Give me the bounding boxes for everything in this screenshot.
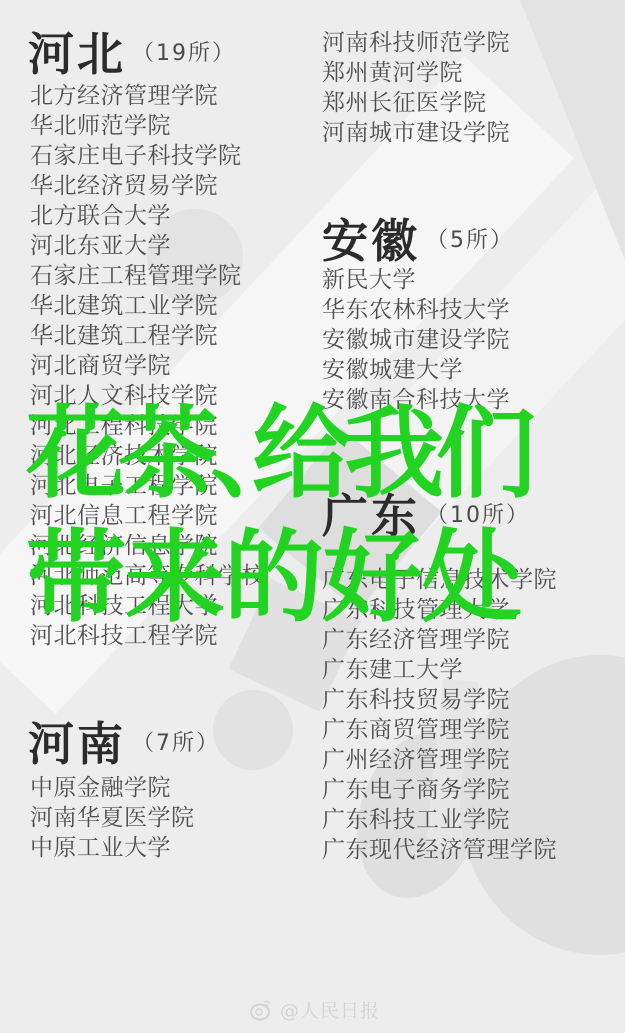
section-name: 安徽	[322, 205, 420, 271]
university-item: 安徽城建大学	[322, 355, 510, 385]
section-header-hebei: 河北 （19所）	[28, 18, 236, 84]
credit-watermark: @人民日报	[248, 996, 380, 1023]
university-item: 华北建筑工程学院	[30, 321, 265, 351]
section-name: 河北	[28, 18, 126, 84]
watermark-text: 给我们	[252, 395, 528, 512]
university-list-henan-col2: 河南科技师范学院郑州黄河学院郑州长征医学院河南城市建设学院	[322, 28, 510, 148]
section-count: （19所）	[132, 36, 236, 67]
university-item: 河北商贸学院	[30, 351, 265, 381]
green-watermark-line1: 花茶、给我们	[26, 404, 528, 504]
university-item: 华北师范学院	[30, 111, 265, 141]
weibo-handle: @人民日报	[280, 996, 380, 1023]
section-header-anhui: 安徽 （5所）	[322, 205, 514, 271]
university-item: 中原工业大学	[30, 833, 195, 863]
infographic-page: 河北 （19所） 北方经济管理学院华北师范学院石家庄电子科技学院华北经济贸易学院…	[0, 0, 625, 1033]
university-item: 郑州长征医学院	[322, 88, 510, 118]
university-item: 河北东亚大学	[30, 231, 265, 261]
university-item: 广东科技贸易学院	[322, 685, 557, 715]
university-item: 广东科技工业学院	[322, 805, 557, 835]
university-item: 石家庄电子科技学院	[30, 141, 265, 171]
section-name: 河南	[28, 708, 126, 774]
university-list-henan-col1: 中原金融学院河南华夏医学院中原工业大学	[30, 773, 195, 863]
watermark-text: 花茶	[26, 395, 210, 512]
university-item: 华北建筑工业学院	[30, 291, 265, 321]
university-item: 华东农林科技大学	[322, 295, 510, 325]
university-item: 华北经济贸易学院	[30, 171, 265, 201]
university-item: 广东电子商务学院	[322, 775, 557, 805]
university-item: 广东商贸管理学院	[322, 715, 557, 745]
university-item: 广东现代经济管理学院	[322, 835, 557, 865]
university-item: 广东建工大学	[322, 655, 557, 685]
bg-blob	[213, 690, 293, 770]
university-item: 中原金融学院	[30, 773, 195, 803]
section-count: （5所）	[426, 223, 514, 254]
university-item: 郑州黄河学院	[322, 58, 510, 88]
university-item: 北方联合大学	[30, 201, 265, 231]
university-item: 河南城市建设学院	[322, 118, 510, 148]
weibo-icon	[248, 997, 274, 1023]
university-item: 河南华夏医学院	[30, 803, 195, 833]
university-item: 石家庄工程管理学院	[30, 261, 265, 291]
watermark-comma: 、	[210, 404, 252, 504]
section-count: （7所）	[132, 726, 220, 757]
university-item: 安徽城市建设学院	[322, 325, 510, 355]
university-item: 河南科技师范学院	[322, 28, 510, 58]
university-item: 北方经济管理学院	[30, 81, 265, 111]
green-watermark-line2: 带来的好处	[26, 528, 521, 628]
university-item: 广州经济管理学院	[322, 745, 557, 775]
university-item: 新民大学	[322, 265, 510, 295]
section-header-henan: 河南 （7所）	[28, 708, 220, 774]
university-list-anhui: 新民大学华东农林科技大学安徽城市建设学院安徽城建大学安徽南合科技大学	[322, 265, 510, 415]
